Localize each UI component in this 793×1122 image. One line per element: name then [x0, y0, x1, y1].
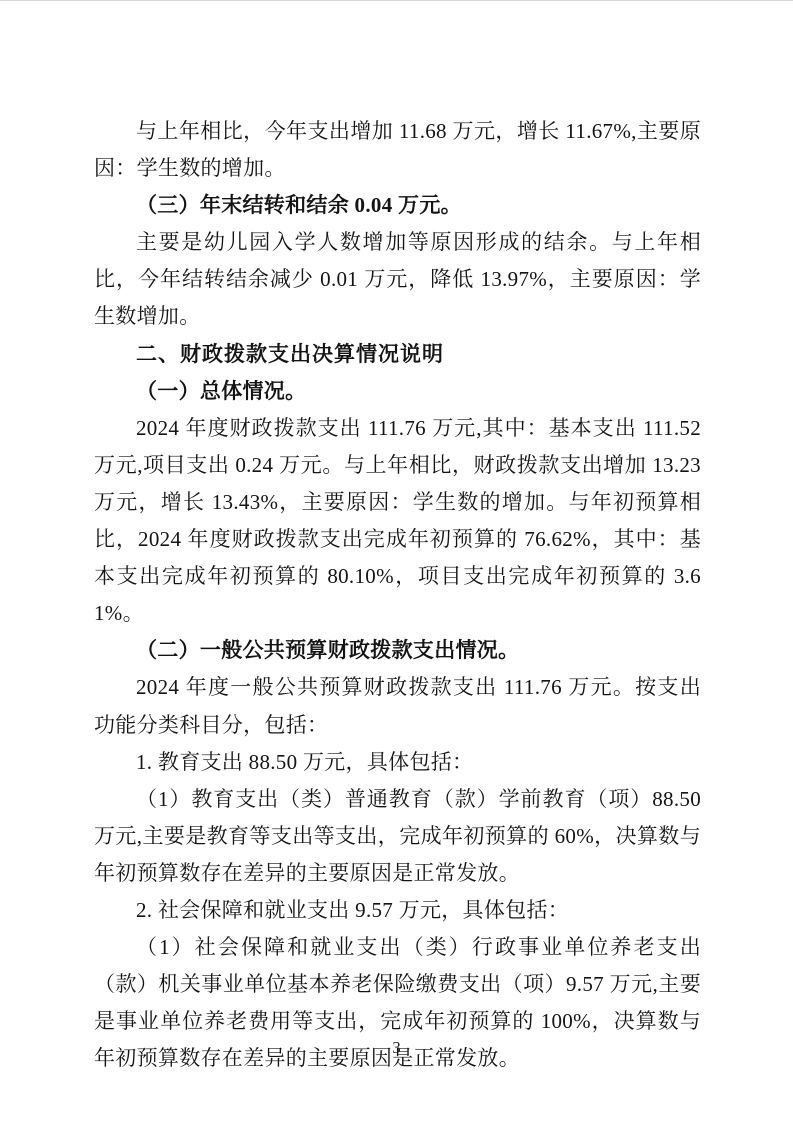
- section-heading: （二）一般公共预算财政拨款支出情况。: [94, 632, 701, 669]
- page-footer: 3: [0, 1037, 793, 1059]
- document-page: 与上年相比，今年支出增加 11.68 万元，增长 11.67%,主要原因：学生数…: [0, 0, 793, 1122]
- section-heading: （三）年末结转和结余 0.04 万元。: [94, 187, 701, 224]
- section-heading: （一）总体情况。: [94, 373, 701, 410]
- paragraph: 1. 教育支出 88.50 万元，具体包括：: [94, 744, 701, 781]
- paragraph: 与上年相比，今年支出增加 11.68 万元，增长 11.67%,主要原因：学生数…: [94, 113, 701, 187]
- paragraph: 2. 社会保障和就业支出 9.57 万元，具体包括：: [94, 892, 701, 929]
- paragraph: 主要是幼儿园入学人数增加等原因形成的结余。与上年相比，今年结转结余减少 0.01…: [94, 224, 701, 335]
- paragraph: 2024 年度一般公共预算财政拨款支出 111.76 万元。按支出功能分类科目分…: [94, 669, 701, 743]
- document-content: 与上年相比，今年支出增加 11.68 万元，增长 11.67%,主要原因：学生数…: [94, 113, 701, 1077]
- paragraph: （1）教育支出（类）普通教育（款）学前教育（项）88.50 万元,主要是教育等支…: [94, 781, 701, 892]
- paragraph: 2024 年度财政拨款支出 111.76 万元,其中：基本支出 111.52 万…: [94, 410, 701, 633]
- section-heading: 二、财政拨款支出决算情况说明: [94, 336, 701, 373]
- page-number: 3: [392, 1038, 401, 1057]
